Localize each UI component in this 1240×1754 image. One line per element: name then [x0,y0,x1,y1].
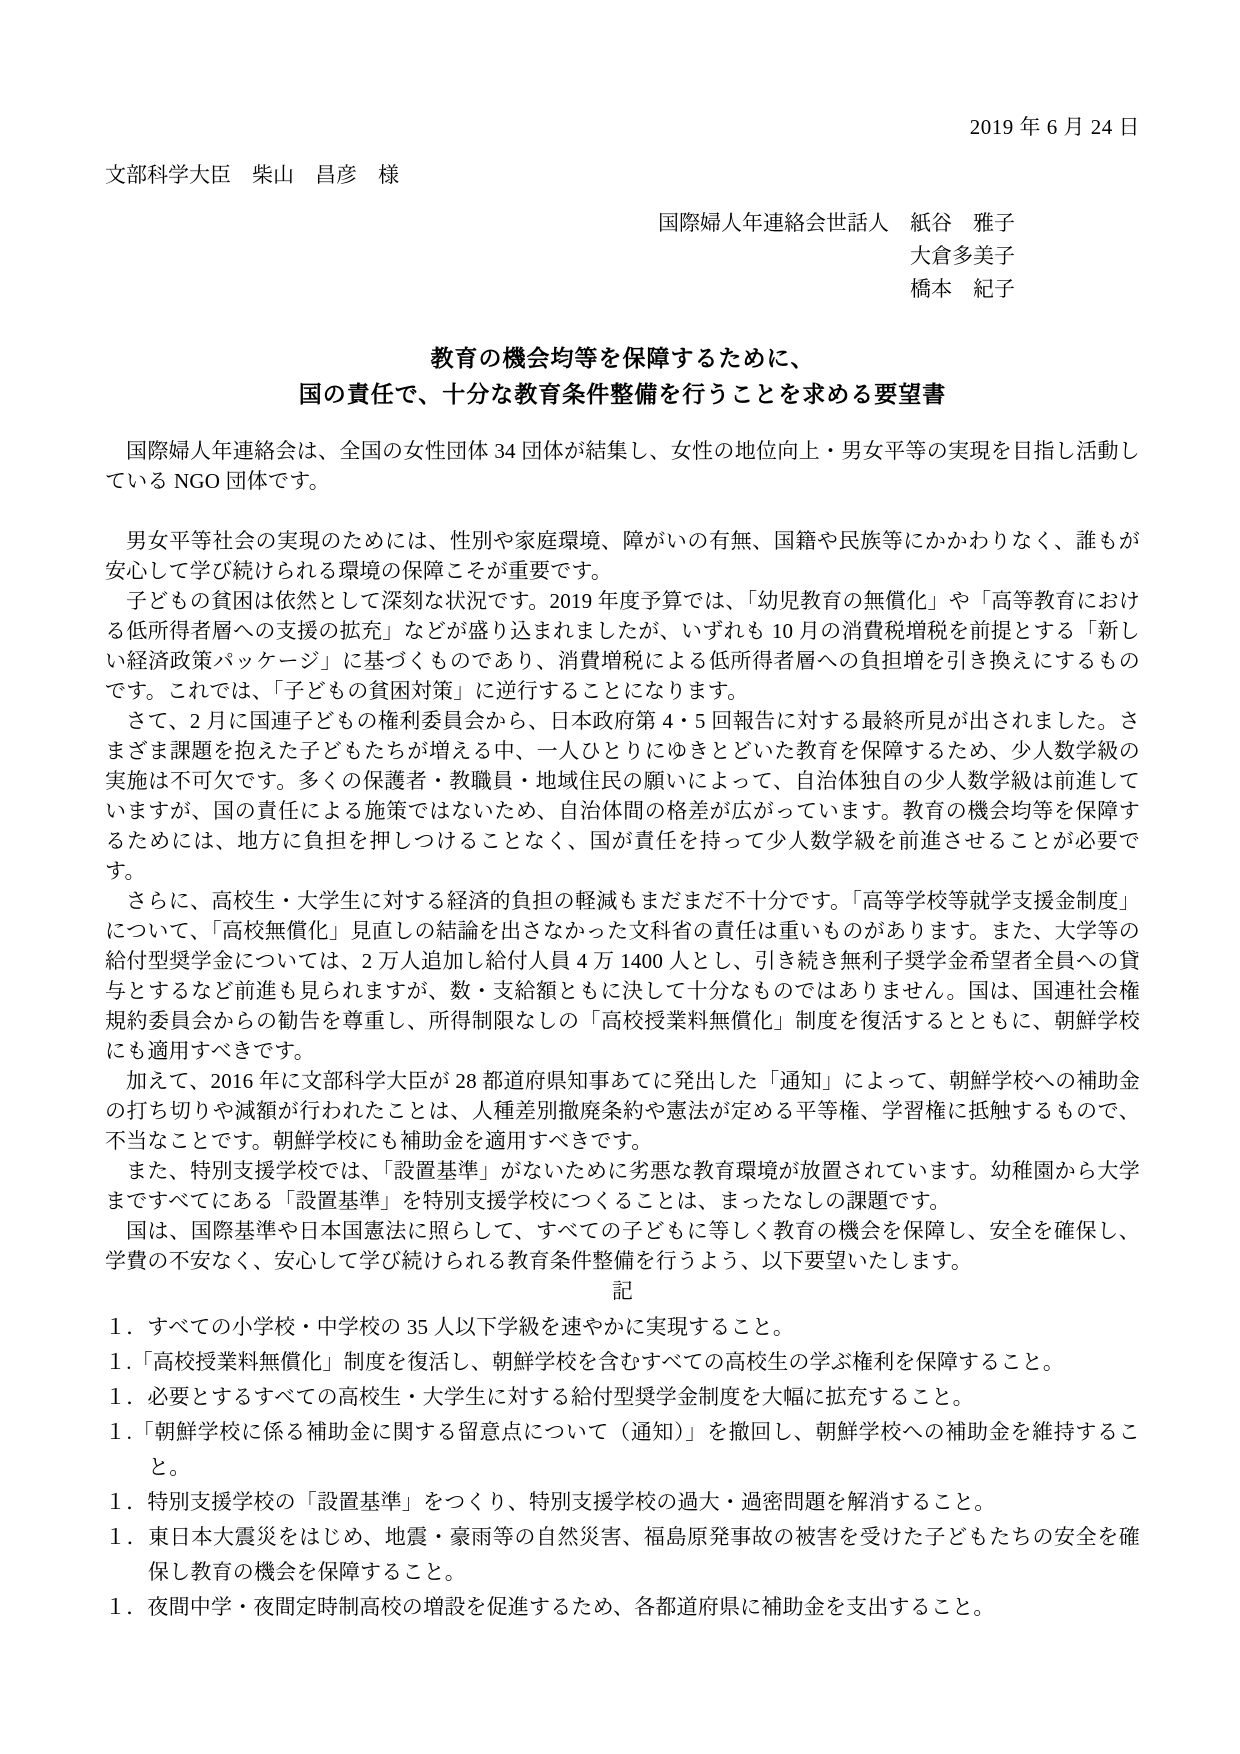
paragraph-child-poverty: 子どもの貧困は依然として深刻な状況です。2019 年度予算では、「幼児教育の無償… [105,586,1140,706]
paragraph-korean-schools: 加えて、2016 年に文部科学大臣が 28 都道府県知事あてに発出した「通知」に… [105,1066,1140,1156]
request-item-1: １．すべての小学校・中学校の 35 人以下学級を速やかに実現すること。 [105,1310,1140,1345]
sender-block: 国際婦人年連絡会世話人 紙谷 雅子 大倉多美子 橋本 紀子 [105,207,1015,306]
request-item-6: １．東日本大震災をはじめ、地震・豪雨等の自然災害、福島原発事故の被害を受けた子ど… [105,1520,1140,1590]
document-page: 2019 年 6 月 24 日 文部科学大臣 柴山 昌彦 様 国際婦人年連絡会世… [0,0,1240,1754]
paragraph-special-support-schools: また、特別支援学校では、「設置基準」がないために劣悪な教育環境が放置されています… [105,1156,1140,1216]
paragraph-intro: 国際婦人年連絡会は、全国の女性団体 34 団体が結集し、女性の地位向上・男女平等… [105,436,1140,496]
paragraph-equality: 男女平等社会の実現のためには、性別や家庭環境、障がいの有無、国籍や民族等にかかわ… [105,526,1140,586]
request-item-2: １.「高校授業料無償化」制度を復活し、朝鮮学校を含むすべての高校生の学ぶ権利を保… [105,1345,1140,1380]
section-mark-ki: 記 [105,1276,1140,1306]
paragraph-small-classes: さて、2 月に国連子どもの権利委員会から、日本政府第 4・5 回報告に対する最終… [105,706,1140,886]
paragraph-closing: 国は、国際基準や日本国憲法に照らして、すべての子どもに等しく教育の機会を保障し、… [105,1216,1140,1276]
document-date: 2019 年 6 月 24 日 [105,112,1140,142]
sender-line-3: 橋本 紀子 [105,273,1015,306]
title-line-2: 国の責任で、十分な教育条件整備を行うことを求める要望書 [105,376,1140,412]
sender-line-2: 大倉多美子 [105,240,1015,273]
title-line-1: 教育の機会均等を保障するために、 [105,340,1140,376]
sender-line-1: 国際婦人年連絡会世話人 紙谷 雅子 [105,207,1015,240]
request-item-4: １.「朝鮮学校に係る補助金に関する留意点について（通知）」を撤回し、朝鮮学校への… [105,1415,1140,1485]
request-list: １．すべての小学校・中学校の 35 人以下学級を速やかに実現すること。 １.「高… [105,1310,1140,1625]
request-item-3: １．必要とするすべての高校生・大学生に対する給付型奨学金制度を大幅に拡充すること… [105,1380,1140,1415]
paragraph-tuition-support: さらに、高校生・大学生に対する経済的負担の軽減もまだまだ不十分です。「高等学校等… [105,886,1140,1066]
request-item-7: １．夜間中学・夜間定時制高校の増設を促進するため、各都道府県に補助金を支出するこ… [105,1590,1140,1625]
recipient: 文部科学大臣 柴山 昌彦 様 [105,160,1140,190]
document-body: 国際婦人年連絡会は、全国の女性団体 34 団体が結集し、女性の地位向上・男女平等… [105,436,1140,1276]
request-item-5: １．特別支援学校の「設置基準」をつくり、特別支援学校の過大・過密問題を解消するこ… [105,1485,1140,1520]
document-title: 教育の機会均等を保障するために、 国の責任で、十分な教育条件整備を行うことを求め… [105,340,1140,412]
